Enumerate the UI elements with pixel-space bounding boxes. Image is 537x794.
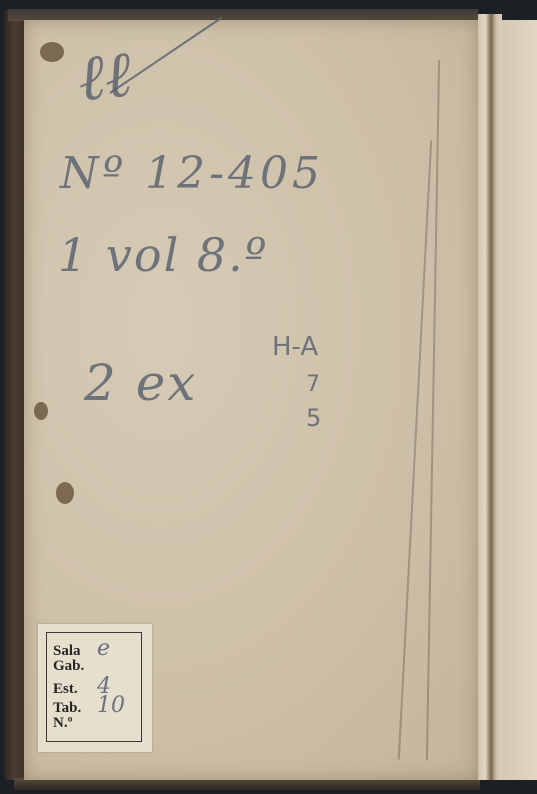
handwritten-catalog-number: Nº 12-405: [60, 148, 324, 199]
handwritten-monogram: ℓℓ: [74, 37, 135, 116]
shelf-location-label: Sala e Gab. Est. 4 Tab. 10 N.º: [38, 624, 152, 752]
book-scan: ℓℓ Nº 12-405 1 vol 8.º 2 ex H-A 7 5 Sala…: [0, 0, 537, 794]
label-key: Gab.: [53, 658, 97, 675]
next-page-edge: [502, 20, 537, 780]
label-row-tab: Tab. 10: [53, 696, 141, 715]
handwritten-shelf-position: 5: [306, 404, 321, 432]
handwritten-shelf-mark: H-A: [272, 332, 318, 362]
paper-stain: [56, 482, 74, 504]
label-row-sala: Sala e: [53, 639, 141, 658]
handwritten-shelf-row: 7: [306, 372, 320, 397]
label-border: Sala e Gab. Est. 4 Tab. 10 N.º: [46, 632, 142, 742]
label-value: 10: [97, 696, 125, 715]
handwritten-volume-note: 1 vol 8.º: [58, 228, 268, 282]
handwritten-copies-note: 2 ex: [84, 354, 198, 412]
binding-spine-edge: [4, 10, 26, 780]
page-gutter: [478, 14, 502, 780]
label-key: N.º: [53, 715, 97, 732]
paper-stain: [34, 402, 48, 420]
label-key: Est.: [53, 681, 97, 698]
paper-stain: [40, 42, 64, 62]
label-value: e: [97, 639, 110, 658]
